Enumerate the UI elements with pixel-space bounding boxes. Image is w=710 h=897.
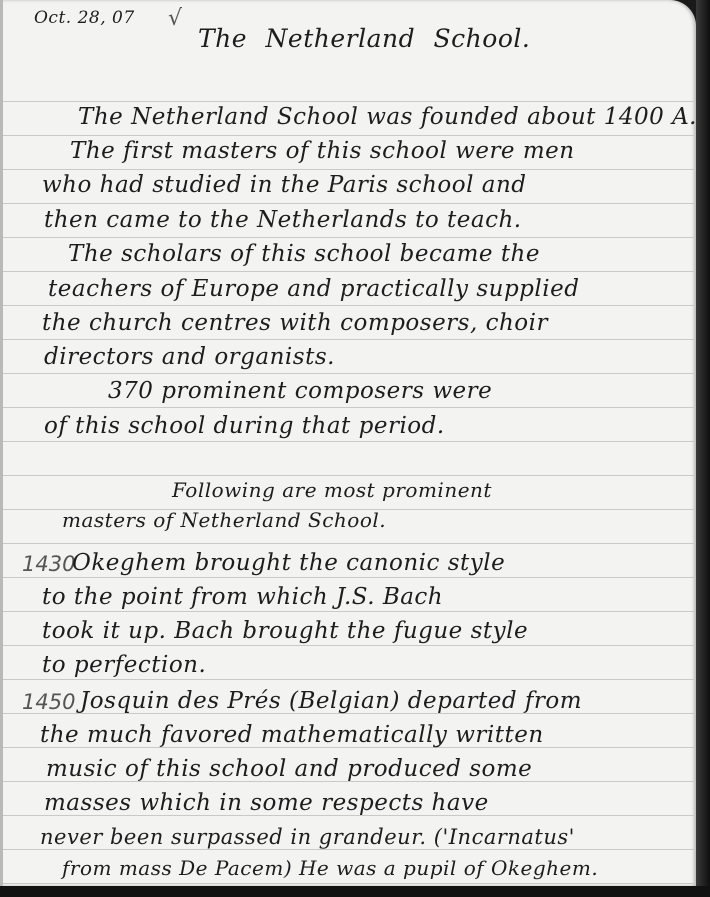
text-line: never been surpassed in grandeur. ('Inca…: [40, 825, 575, 849]
text-line: The scholars of this school became the: [68, 241, 540, 267]
page-title: The Netherland School.: [198, 24, 530, 53]
text-line: teachers of Europe and practically suppl…: [48, 276, 579, 302]
text-line: took it up. Bach brought the fugue style: [42, 618, 528, 644]
entry-year: 1450: [22, 690, 75, 714]
page-left-edge: [0, 0, 3, 886]
text-line: then came to the Netherlands to teach.: [44, 207, 522, 233]
text-line: The Netherland School was founded about …: [78, 104, 696, 130]
text-line: directors and organists.: [44, 344, 335, 370]
text-line: the church centres with composers, choir: [42, 310, 548, 336]
notebook-page: Oct. 28, 07 √ The Netherland School. The…: [0, 0, 696, 886]
text-line: The first masters of this school were me…: [70, 138, 575, 164]
text-line: masses which in some respects have: [44, 790, 489, 816]
page-bottom-edge: [0, 886, 710, 897]
text-line: Okeghem brought the canonic style: [72, 550, 505, 576]
subheading-line: Following are most prominent: [172, 478, 492, 502]
check-mark-icon: √: [168, 6, 183, 31]
text-line: from mass De Pacem) He was a pupil of Ok…: [62, 856, 598, 880]
text-line: who had studied in the Paris school and: [42, 172, 527, 198]
text-line: to perfection.: [42, 652, 206, 678]
text-line: of this school during that period.: [44, 413, 445, 439]
text-line: 370 prominent composers were: [108, 378, 492, 404]
text-line: to the point from which J.S. Bach: [42, 584, 443, 610]
text-line: music of this school and produced some: [46, 756, 532, 782]
text-line: the much favored mathematically written: [40, 722, 544, 748]
notebook-binding: [696, 0, 710, 897]
entry-year: 1430: [22, 552, 75, 576]
text-line: Josquin des Prés (Belgian) departed from: [80, 688, 582, 714]
subheading-line: masters of Netherland School.: [62, 508, 386, 532]
entry-date: Oct. 28, 07: [34, 8, 135, 28]
